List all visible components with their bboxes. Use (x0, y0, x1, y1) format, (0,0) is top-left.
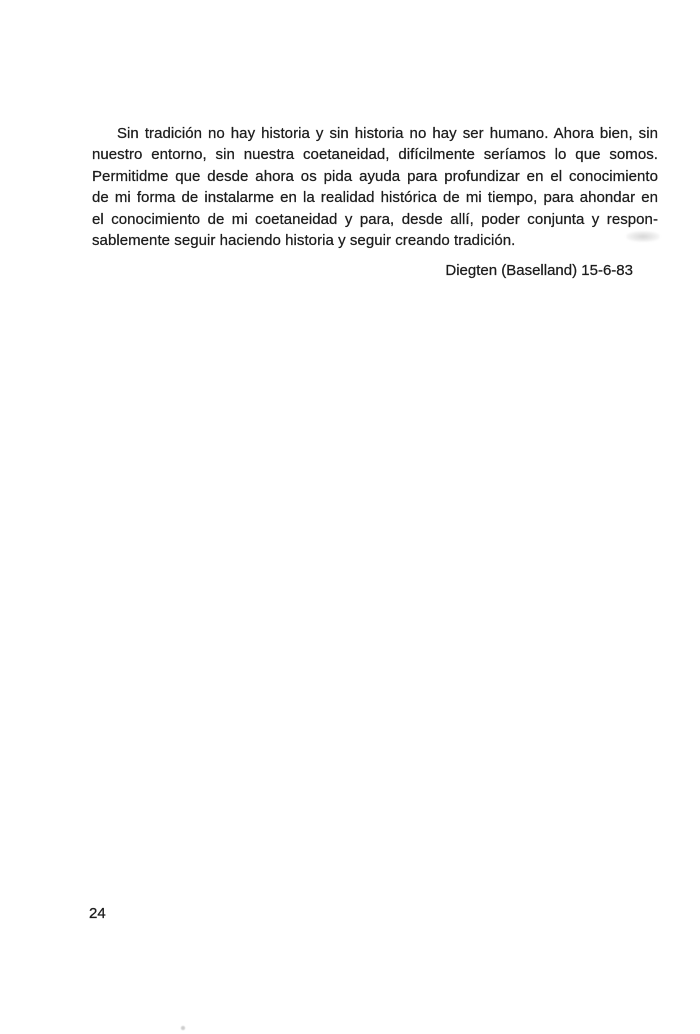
scan-speck-artifact (181, 1026, 185, 1030)
paragraph: Sin tradición no hay historia y sin hist… (92, 123, 658, 251)
paragraph-line: Sin tradición no hay historia y sin hist… (92, 123, 658, 144)
paragraph-line: de mi forma de instalarme en la realidad… (92, 187, 658, 208)
dateline: Diegten (Baselland) 15-6-83 (445, 262, 633, 279)
paragraph-line: el conocimiento de mi coetaneidad y para… (92, 209, 658, 230)
paragraph-line: Permitidme que desde ahora os pida ayuda… (92, 166, 658, 187)
book-page: Sin tradición no hay historia y sin hist… (0, 0, 700, 1034)
page-number: 24 (89, 905, 106, 922)
paragraph-line: nuestro entorno, sin nuestra coetaneidad… (92, 144, 658, 165)
scan-smudge-artifact (626, 231, 660, 242)
paragraph-line: sablemente seguir haciendo historia y se… (92, 230, 658, 251)
